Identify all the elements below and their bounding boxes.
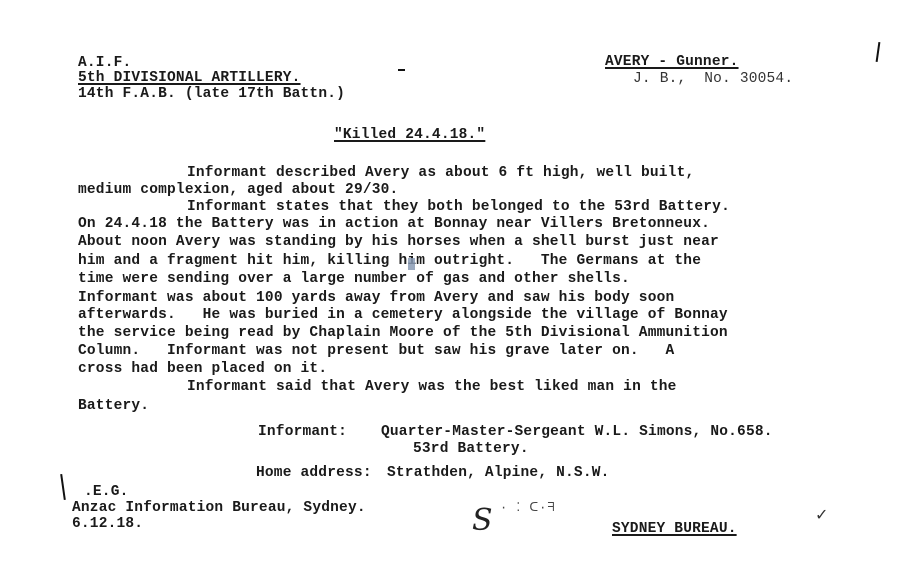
body-line: afterwards. He was buried in a cemetery … [78, 307, 728, 324]
bureau-stamp: SYDNEY BUREAU. [612, 521, 737, 538]
body-line: Battery. [78, 398, 149, 415]
informant-label: Informant: [258, 424, 347, 441]
document-page: A.I.F. 5th DIVISIONAL ARTILLERY. 14th F.… [0, 0, 901, 583]
home-address-label: Home address: [256, 465, 372, 482]
report-date: 6.12.18. [72, 516, 143, 533]
body-line: About noon Avery was standing by his hor… [78, 234, 719, 251]
body-line: medium complexion, aged about 29/30. [78, 182, 398, 199]
body-line: cross had been placed on it. [78, 361, 327, 378]
body-line: Column. Informant was not present but sa… [78, 343, 674, 360]
margin-tick-mark [876, 42, 881, 62]
document-title: "Killed 24.4.18." [334, 127, 485, 144]
margin-bracket-mark [60, 474, 66, 500]
check-mark-icon: ✓ [815, 505, 828, 524]
home-address: Strathden, Alpine, N.S.W. [387, 465, 610, 482]
body-line: Informant said that Avery was the best l… [187, 379, 677, 396]
handwritten-signature: S [472, 503, 493, 538]
body-line: Informant described Avery as about 6 ft … [187, 165, 694, 182]
text-cursor-highlight [408, 258, 415, 270]
body-line: the service being read by Chaplain Moore… [78, 325, 728, 342]
soldier-initials-number: J. B., No. 30054. [633, 71, 793, 88]
signature-scribble: · ⁚ ᑕ·ᖷ [500, 500, 555, 515]
clerk-initials: .E.G. [84, 484, 129, 501]
informant-name: Quarter-Master-Sergeant W.L. Simons, No.… [381, 424, 773, 441]
body-line: Informant states that they both belonged… [187, 199, 730, 216]
bureau-name: Anzac Information Bureau, Sydney. [72, 500, 366, 517]
informant-unit: 53rd Battery. [413, 441, 529, 458]
soldier-name-rank: AVERY - Gunner. [605, 54, 739, 71]
stray-mark [398, 69, 405, 71]
header-brigade: 14th F.A.B. (late 17th Battn.) [78, 86, 345, 103]
body-line: time were sending over a large number of… [78, 271, 630, 288]
body-line: Informant was about 100 yards away from … [78, 290, 674, 307]
body-line: On 24.4.18 the Battery was in action at … [78, 216, 710, 233]
header-division: 5th DIVISIONAL ARTILLERY. [78, 70, 301, 87]
body-line: him and a fragment hit him, killing him … [78, 253, 701, 270]
